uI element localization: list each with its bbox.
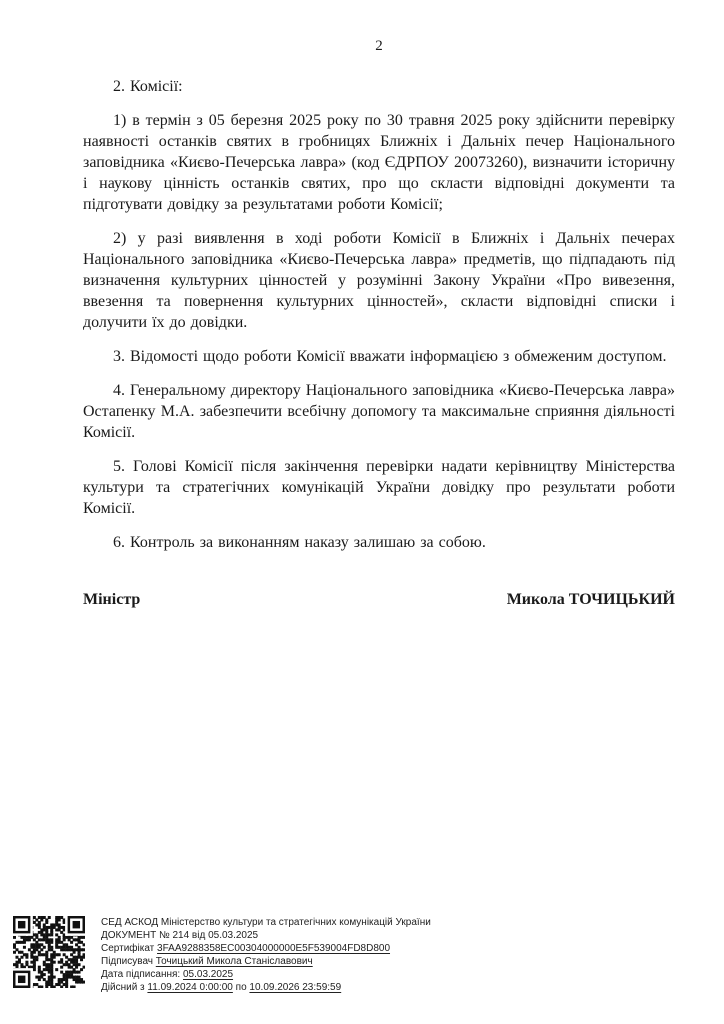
page-number: 2 bbox=[83, 37, 675, 55]
paragraph-item-1: 1) в термін з 05 березня 2025 року по 30… bbox=[83, 110, 675, 215]
paragraph-section-3: 3. Відомості щодо роботи Комісії вважати… bbox=[83, 346, 675, 367]
stamp-certificate-value: 3FAA9288358EC00304000000E5F539004FD8D800 bbox=[157, 943, 390, 954]
stamp-valid-to-label: по bbox=[236, 982, 247, 993]
stamp-valid-from-value: 11.09.2024 0:00:00 bbox=[147, 982, 232, 993]
stamp-signer-line: Підписувач Точицький Микола Станіславови… bbox=[101, 955, 431, 968]
document-page: 2 2. Комісії: 1) в термін з 05 березня 2… bbox=[0, 0, 724, 1024]
stamp-document-line: ДОКУМЕНТ № 214 від 05.03.2025 bbox=[101, 929, 431, 942]
paragraph-section-5: 5. Голові Комісії після закінчення перев… bbox=[83, 456, 675, 519]
paragraph-item-2: 2) у разі виявлення в ході роботи Комісі… bbox=[83, 228, 675, 333]
stamp-certificate-line: Сертифікат 3FAA9288358EC00304000000E5F53… bbox=[101, 942, 431, 955]
signature-title: Міністр bbox=[83, 589, 140, 610]
stamp-valid-from-label: Дійсний з bbox=[101, 982, 145, 993]
document-body: 2. Комісії: 1) в термін з 05 березня 202… bbox=[83, 76, 675, 610]
signature-block: Міністр Микола ТОЧИЦЬКИЙ bbox=[83, 589, 675, 610]
stamp-sign-date-value: 05.03.2025 bbox=[183, 969, 233, 980]
paragraph-section-2-heading: 2. Комісії: bbox=[83, 76, 675, 97]
signature-name: Микола ТОЧИЦЬКИЙ bbox=[507, 589, 675, 610]
stamp-certificate-label: Сертифікат bbox=[101, 943, 154, 954]
stamp-signer-label: Підписувач bbox=[101, 956, 153, 967]
stamp-sign-date-label: Дата підписання: bbox=[101, 969, 180, 980]
paragraph-section-6: 6. Контроль за виконанням наказу залишаю… bbox=[83, 532, 675, 553]
stamp-system-line: СЕД АСКОД Міністерство культури та страт… bbox=[101, 916, 431, 929]
stamp-valid-to-value: 10.09.2026 23:59:59 bbox=[249, 982, 341, 993]
paragraph-section-4: 4. Генеральному директору Національного … bbox=[83, 380, 675, 443]
stamp-signer-value: Точицький Микола Станіславович bbox=[156, 956, 313, 967]
stamp-validity-line: Дійсний з 11.09.2024 0:00:00 по 10.09.20… bbox=[101, 981, 431, 994]
qr-code bbox=[13, 916, 85, 988]
stamp-sign-date-line: Дата підписання: 05.03.2025 bbox=[101, 968, 431, 981]
digital-signature-stamp: СЕД АСКОД Міністерство культури та страт… bbox=[13, 913, 431, 994]
stamp-text: СЕД АСКОД Міністерство культури та страт… bbox=[101, 913, 431, 994]
